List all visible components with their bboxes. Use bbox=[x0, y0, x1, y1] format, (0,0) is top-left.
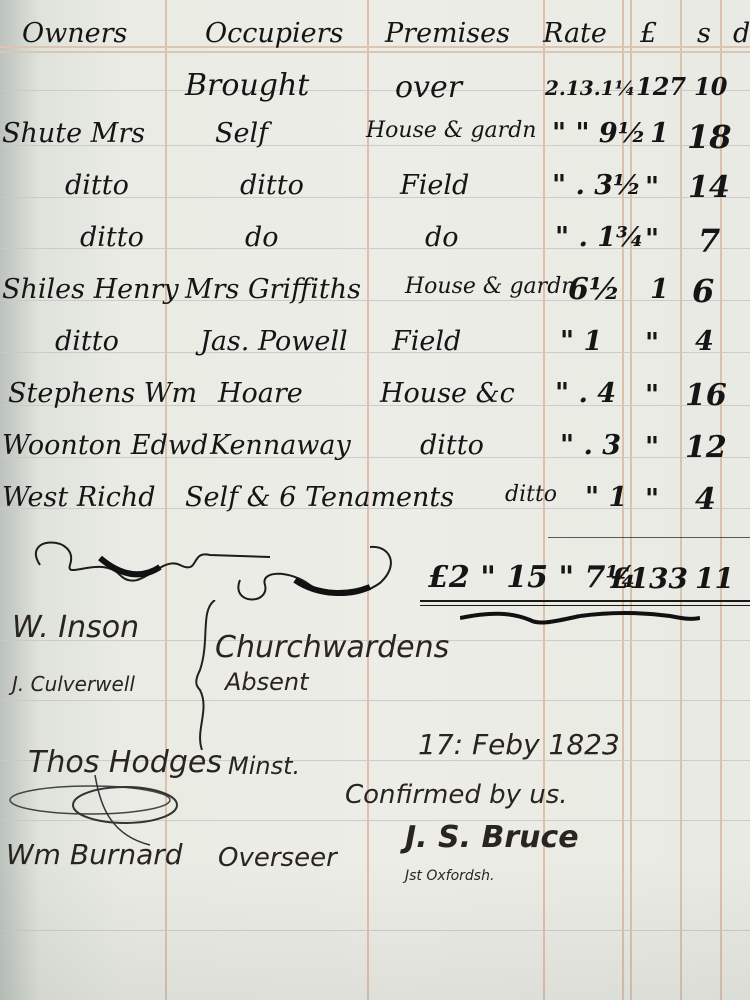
premises-cell: House & gardn bbox=[366, 118, 536, 143]
shillings-cell: 14 bbox=[688, 170, 730, 205]
header-shillings: s bbox=[697, 18, 711, 49]
pounds-cell: " bbox=[645, 224, 659, 255]
header-rule bbox=[0, 51, 750, 53]
owner-cell: Shute Mrs bbox=[2, 118, 145, 149]
occupier-cell: Hoare bbox=[218, 378, 303, 409]
owner-cell: Shiles Henry bbox=[2, 274, 179, 305]
header-pounds: £ bbox=[640, 18, 657, 49]
subtotal-rule bbox=[548, 537, 750, 538]
owner-cell: Woonton Edwd bbox=[2, 430, 208, 461]
pounds-cell: " bbox=[645, 484, 659, 515]
flourish-ornament bbox=[10, 525, 430, 615]
occupier-cell: Mrs Griffiths bbox=[185, 274, 361, 305]
total-rate: £2 " 15 " 7¼ bbox=[428, 560, 637, 595]
owner-cell: Stephens Wm bbox=[8, 378, 197, 409]
page-shadow bbox=[0, 860, 750, 1000]
shillings-cell: 7 bbox=[698, 222, 720, 260]
total-flourish bbox=[460, 608, 700, 638]
shillings-cell: 16 bbox=[685, 378, 727, 413]
occupier-cell: Kennaway bbox=[210, 430, 351, 461]
rate-cell: " . 3 bbox=[560, 430, 621, 461]
pounds-cell: 1 bbox=[650, 274, 669, 305]
premises-cell: Field bbox=[392, 326, 461, 357]
shillings-cell: 4 bbox=[695, 326, 714, 357]
brace-icon bbox=[190, 600, 220, 750]
rate-cell: " " 9½ bbox=[552, 118, 646, 149]
header-owners: Owners bbox=[22, 18, 127, 49]
premises-cell: ditto bbox=[420, 430, 484, 461]
pounds-cell: " bbox=[645, 432, 659, 463]
brought-over-label-2: over bbox=[395, 70, 462, 105]
churchwarden-signature-2: J. Culverwell bbox=[12, 672, 135, 696]
justice-signature: J. S. Bruce bbox=[405, 820, 579, 855]
occupier-cell: Self bbox=[215, 118, 268, 149]
rate-cell: " 1 bbox=[585, 482, 627, 513]
shillings-cell: 18 bbox=[687, 118, 732, 156]
rate-cell: " . 4 bbox=[555, 378, 616, 409]
shillings-cell: 4 bbox=[695, 482, 716, 517]
rate-cell: " 1 bbox=[560, 326, 602, 357]
premises-cell: do bbox=[425, 222, 459, 253]
confirmed-note: Confirmed by us. bbox=[345, 780, 568, 810]
total-amount: £133 bbox=[610, 562, 688, 595]
brought-over-rate: 2.13.1¼ bbox=[545, 76, 635, 100]
header-rate: Rate bbox=[543, 18, 607, 49]
occupier-cell: Jas. Powell bbox=[200, 326, 348, 357]
brought-over-shillings: 10 bbox=[694, 72, 727, 101]
premises-cell: Field bbox=[400, 170, 469, 201]
churchwarden-role: Churchwardens bbox=[215, 630, 449, 665]
brought-over-label: Brought bbox=[185, 68, 309, 103]
date: 17: Feby 1823 bbox=[418, 728, 620, 761]
pounds-cell: 1 bbox=[650, 118, 669, 149]
header-occupiers: Occupiers bbox=[205, 18, 343, 49]
column-rule bbox=[680, 0, 682, 1000]
pounds-cell: " bbox=[645, 380, 659, 411]
shillings-cell: 6 bbox=[692, 272, 714, 310]
premises-cell: House & gardn bbox=[405, 274, 575, 299]
rate-cell: " . 1¾ bbox=[555, 222, 644, 253]
premises-cell: House &c bbox=[380, 378, 515, 409]
owner-cell: ditto bbox=[80, 222, 144, 253]
column-rule bbox=[630, 0, 632, 1000]
owner-cell: West Richd bbox=[2, 482, 156, 513]
header-premises: Premises bbox=[385, 18, 510, 49]
row-rule bbox=[0, 700, 750, 701]
pounds-cell: " bbox=[645, 328, 659, 359]
occupier-cell: Self & 6 Tenaments bbox=[185, 482, 454, 513]
premises-cell: ditto bbox=[505, 482, 557, 507]
brought-over-pounds: 127 bbox=[636, 72, 686, 101]
churchwarden-signature-1: W. Inson bbox=[12, 610, 139, 645]
shillings-cell: 12 bbox=[685, 430, 727, 465]
minister-role: Minst. bbox=[228, 752, 300, 780]
total-rule bbox=[420, 605, 750, 606]
total-rule bbox=[420, 600, 750, 602]
owner-cell: ditto bbox=[55, 326, 119, 357]
pounds-cell: " bbox=[645, 172, 659, 203]
header-pence: d bbox=[733, 18, 750, 49]
owner-cell: ditto bbox=[65, 170, 129, 201]
total-shillings: 11 bbox=[695, 562, 734, 595]
rate-cell: 6½ bbox=[568, 272, 620, 307]
absent-note: Absent bbox=[225, 668, 309, 696]
occupier-cell: ditto bbox=[240, 170, 304, 201]
occupier-cell: do bbox=[245, 222, 279, 253]
rate-cell: " . 3½ bbox=[552, 170, 641, 201]
